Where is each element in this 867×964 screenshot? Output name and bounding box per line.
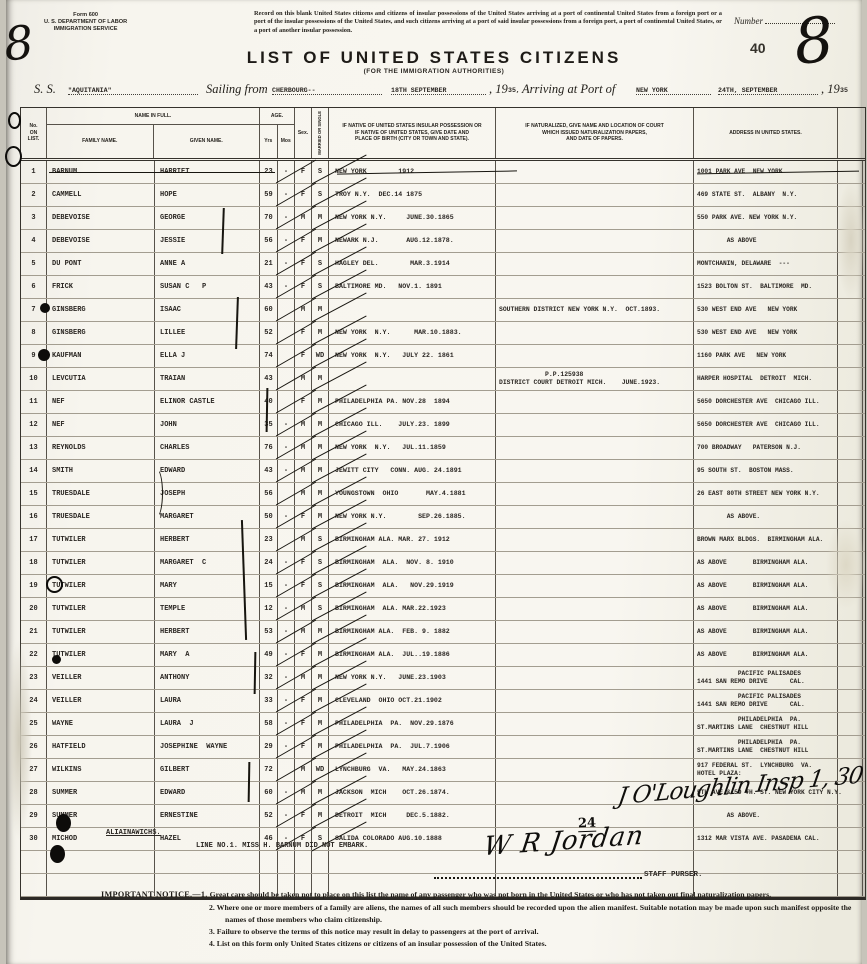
- age-years-cell: 52: [260, 322, 278, 344]
- marital-cell: WD: [312, 759, 329, 781]
- marital-cell: M: [312, 230, 329, 252]
- end-cell: [838, 598, 863, 620]
- sex-cell: M: [295, 529, 312, 551]
- address-cell: AS ABOVE: [694, 230, 838, 252]
- age-months-cell: -: [278, 414, 295, 436]
- row-number: 7: [21, 299, 47, 321]
- given-name-cell: SUSAN C P: [155, 276, 260, 298]
- given-name-cell: TEMPLE: [155, 598, 260, 620]
- age-months-cell: [278, 368, 295, 390]
- marital-cell: M: [312, 782, 329, 804]
- address-cell: PACIFIC PALISADES 1441 SAN REMO DRIVE CA…: [694, 690, 838, 712]
- marital-cell: S: [312, 253, 329, 275]
- family-name-cell: NEF: [47, 414, 155, 436]
- family-name-cell: NEF: [47, 391, 155, 413]
- address-cell: PHILADELPHIA PA. ST.MARTINS LANE CHESTNU…: [694, 736, 838, 758]
- address-cell: AS ABOVE BIRMINGHAM ALA.: [694, 552, 838, 574]
- age-years-cell: 43: [260, 276, 278, 298]
- table-row: 13 REYNOLDS CHARLES 76 - M M NEW YORK N.…: [21, 437, 865, 460]
- age-years-cell: 15: [260, 575, 278, 597]
- sex-cell: M: [295, 207, 312, 229]
- address-cell: 95 SOUTH ST. BOSTON MASS.: [694, 460, 838, 482]
- sex-cell: F: [295, 345, 312, 367]
- table-row: 8 GINSBERG LILLEE 52 F M NEW YORK N.Y. M…: [21, 322, 865, 345]
- arrival-year: 35: [840, 87, 848, 94]
- birth-cell: [329, 299, 496, 321]
- table-row: 19 TUTWILER MARY 15 - F S BIRMINGHAM ALA…: [21, 575, 865, 598]
- naturalization-cell: [496, 506, 694, 528]
- age-months-cell: [278, 345, 295, 367]
- address-cell: 26 EAST 80TH STREET NEW YORK N.Y.: [694, 483, 838, 505]
- family-name-cell: WILKINS: [47, 759, 155, 781]
- address-cell: 550 PARK AVE. NEW YORK N.Y.: [694, 207, 838, 229]
- row-number: 21: [21, 621, 47, 643]
- table-row: 5 DU PONT ANNE A 21 - F S HAGLEY DEL. MA…: [21, 253, 865, 276]
- sex-cell: M: [295, 483, 312, 505]
- naturalization-cell: [496, 161, 694, 183]
- marital-cell: M: [312, 437, 329, 459]
- age-months-cell: -: [278, 230, 295, 252]
- marital-cell: M: [312, 207, 329, 229]
- family-name-cell: GINSBERG: [47, 322, 155, 344]
- sex-cell: M: [295, 598, 312, 620]
- birth-cell: BALTIMORE MD. NOV.1. 1891: [329, 276, 496, 298]
- end-cell: [838, 437, 863, 459]
- row-number: 6: [21, 276, 47, 298]
- naturalization-cell: [496, 207, 694, 229]
- address-cell: 5650 DORCHESTER AVE CHICAGO ILL.: [694, 391, 838, 413]
- marital-cell: M: [312, 621, 329, 643]
- naturalization-cell: [496, 322, 694, 344]
- family-name-cell: DU PONT: [47, 253, 155, 275]
- voyage-line: S. S. "AQUITANIA" Sailing from CHERBOURG…: [6, 80, 862, 102]
- header-end-column: [838, 108, 863, 158]
- age-months-cell: -: [278, 805, 295, 827]
- row-number: 8: [21, 322, 47, 344]
- address-cell: HARPER HOSPITAL DETROIT MICH.: [694, 368, 838, 390]
- age-months-cell: -: [278, 713, 295, 735]
- age-years-cell: 49: [260, 644, 278, 666]
- end-cell: [838, 483, 863, 505]
- sex-cell: [295, 851, 312, 873]
- family-name-cell: TUTWILER: [47, 575, 155, 597]
- age-years-cell: 58: [260, 713, 278, 735]
- age-years-cell: 43: [260, 460, 278, 482]
- header-married-or-single-label: MARRIED OR SINGLE: [318, 111, 323, 155]
- row-number: 9: [21, 345, 47, 367]
- marital-cell: M: [312, 391, 329, 413]
- family-name-cell: TUTWILER: [47, 552, 155, 574]
- row-number: 11: [21, 391, 47, 413]
- birth-cell: CHICAGO ILL. JULY.23. 1899: [329, 414, 496, 436]
- age-years-cell: 59: [260, 184, 278, 206]
- arriving-label: Arriving at Port of: [522, 82, 615, 97]
- table-row: 6 FRICK SUSAN C P 43 - F S BALTIMORE MD.…: [21, 276, 865, 299]
- ss-label: S. S.: [34, 82, 56, 97]
- birth-cell: HAGLEY DEL. MAR.3.1914: [329, 253, 496, 275]
- end-cell: [838, 851, 863, 873]
- row-number: 28: [21, 782, 47, 804]
- address-cell: AS ABOVE.: [694, 805, 838, 827]
- birth-cell: NEW YORK N.Y. SEP.26.1885.: [329, 506, 496, 528]
- age-months-cell: -: [278, 598, 295, 620]
- marital-cell: S: [312, 184, 329, 206]
- birth-cell: NEW YORK N.Y. JULY 22. 1861: [329, 345, 496, 367]
- end-cell: [838, 529, 863, 551]
- age-months-cell: [278, 299, 295, 321]
- row-number: 22: [21, 644, 47, 666]
- address-cell: BROWN MARX BLDGS. BIRMINGHAM ALA.: [694, 529, 838, 551]
- naturalization-cell: [496, 437, 694, 459]
- sex-cell: F: [295, 253, 312, 275]
- end-cell: [838, 575, 863, 597]
- birth-cell: PHILADELPHIA PA. NOV.29.1876: [329, 713, 496, 735]
- row-number: 13: [21, 437, 47, 459]
- family-name-cell: [47, 851, 155, 873]
- end-cell: [838, 828, 863, 850]
- form-identifier: Form 600 U. S. DEPARTMENT OF LABOR IMMIG…: [44, 12, 127, 33]
- address-cell: 1160 PARK AVE NEW YORK: [694, 345, 838, 367]
- age-years-cell: 21: [260, 253, 278, 275]
- signature-dotted-line: [434, 869, 642, 879]
- age-years-cell: [260, 851, 278, 873]
- age-years-cell: 60: [260, 782, 278, 804]
- marital-cell: M: [312, 805, 329, 827]
- header-no-on-list: No. ON LIST.: [21, 108, 47, 158]
- table-row: 26 HATFIELD JOSEPHINE WAYNE 29 - F M PHI…: [21, 736, 865, 759]
- row-number: 17: [21, 529, 47, 551]
- table-row: 2 CAMMELL HOPE 59 - F S TROY N.Y. DEC.14…: [21, 184, 865, 207]
- age-months-cell: -: [278, 437, 295, 459]
- given-name-cell: GEORGE: [155, 207, 260, 229]
- marital-cell: S: [312, 575, 329, 597]
- family-name-cell: FRICK: [47, 276, 155, 298]
- sex-cell: F: [295, 230, 312, 252]
- sex-cell: F: [295, 575, 312, 597]
- notice-line-1: IMPORTANT NOTICE.—1. Great care should b…: [101, 889, 863, 902]
- header-given-name: GIVEN NAME.: [154, 125, 260, 158]
- family-name-cell: TUTWILER: [47, 621, 155, 643]
- family-name-cell: TRUESDALE: [47, 506, 155, 528]
- end-cell: [838, 713, 863, 735]
- sex-cell: F: [295, 713, 312, 735]
- marital-cell: M: [312, 368, 329, 390]
- given-name-cell: CHARLES: [155, 437, 260, 459]
- table-row: 15 TRUESDALE JOSEPH 56 M M YOUNGSTOWN OH…: [21, 483, 865, 506]
- table-row: 3 DEBEVOISE GEORGE 70 - M M NEW YORK N.Y…: [21, 207, 865, 230]
- age-months-cell: [278, 483, 295, 505]
- given-name-cell: LILLEE: [155, 322, 260, 344]
- naturalization-cell: [496, 460, 694, 482]
- age-months-cell: -: [278, 184, 295, 206]
- naturalization-cell: [496, 713, 694, 735]
- naturalization-cell: [496, 276, 694, 298]
- age-years-cell: 43: [260, 368, 278, 390]
- given-name-cell: JOSEPH: [155, 483, 260, 505]
- marital-cell: S: [312, 529, 329, 551]
- end-cell: [838, 207, 863, 229]
- age-months-cell: [278, 759, 295, 781]
- marital-cell: M: [312, 483, 329, 505]
- address-cell: 5650 DORCHESTER AVE CHICAGO ILL.: [694, 414, 838, 436]
- end-cell: [838, 299, 863, 321]
- row-number: 14: [21, 460, 47, 482]
- marital-cell: S: [312, 161, 329, 183]
- table-row: 24 VEILLER LAURA 33 - F M CLEVELAND OHIO…: [21, 690, 865, 713]
- naturalization-cell: [496, 391, 694, 413]
- age-years-cell: 12: [260, 598, 278, 620]
- notice-label: IMPORTANT NOTICE.—1.: [101, 890, 208, 899]
- given-name-cell: EDWARD: [155, 782, 260, 804]
- age-years-cell: 56: [260, 230, 278, 252]
- row-number: 10: [21, 368, 47, 390]
- age-years-cell: 29: [260, 736, 278, 758]
- marital-cell: M: [312, 644, 329, 666]
- naturalization-cell: [496, 598, 694, 620]
- number-label: Number: [734, 16, 763, 26]
- row-number: 25: [21, 713, 47, 735]
- age-months-cell: -: [278, 506, 295, 528]
- given-name-cell: TRAIAN: [155, 368, 260, 390]
- naturalization-cell: [496, 759, 694, 781]
- given-name-cell: ANTHONY: [155, 667, 260, 689]
- birth-cell: NEWARK N.J. AUG.12.1878.: [329, 230, 496, 252]
- birth-cell: JACKSON MICH OCT.26.1874.: [329, 782, 496, 804]
- row-number: 19: [21, 575, 47, 597]
- naturalization-cell: [496, 575, 694, 597]
- given-name-cell: ELINOR CASTLE: [155, 391, 260, 413]
- header-sex: Sex.: [295, 108, 312, 158]
- given-name-cell: ERNESTINE: [155, 805, 260, 827]
- notice-item-1: Great care should be taken not to place …: [210, 890, 772, 899]
- naturalization-cell: [496, 345, 694, 367]
- row-number: [21, 874, 47, 896]
- family-name-cell: VEILLER: [47, 690, 155, 712]
- end-cell: [838, 644, 863, 666]
- age-years-cell: 24: [260, 552, 278, 574]
- marital-cell: M: [312, 460, 329, 482]
- arrival-year-printed: , 19: [821, 82, 840, 97]
- age-years-cell: 74: [260, 345, 278, 367]
- row-number: 27: [21, 759, 47, 781]
- end-cell: [838, 736, 863, 758]
- family-name-cell: SUMMER: [47, 782, 155, 804]
- notice-item-4: 4. List on this form only United States …: [209, 938, 863, 950]
- age-months-cell: [278, 391, 295, 413]
- sex-cell: M: [295, 667, 312, 689]
- header-yrs: Yrs: [260, 125, 278, 158]
- marital-cell: M: [312, 713, 329, 735]
- age-years-cell: 40: [260, 391, 278, 413]
- address-cell: [694, 851, 838, 873]
- sex-cell: M: [295, 782, 312, 804]
- naturalization-cell: [496, 690, 694, 712]
- marital-cell: M: [312, 299, 329, 321]
- address-cell: 530 WEST END AVE NEW YORK: [694, 299, 838, 321]
- age-months-cell: -: [278, 253, 295, 275]
- sex-cell: M: [295, 299, 312, 321]
- table-row: 20 TUTWILER TEMPLE 12 - M S BIRMINGHAM A…: [21, 598, 865, 621]
- marital-cell: M: [312, 414, 329, 436]
- sailing-port: CHERBOURG--: [272, 87, 382, 95]
- birth-cell: BIRMINGHAM ALA. NOV. 8. 1910: [329, 552, 496, 574]
- family-name-cell: DEBEVOISE: [47, 207, 155, 229]
- staff-purser-label: STAFF PURSER.: [644, 871, 703, 879]
- marital-cell: [312, 851, 329, 873]
- row-number: 26: [21, 736, 47, 758]
- given-name-cell: HOPE: [155, 184, 260, 206]
- age-months-cell: [278, 322, 295, 344]
- birth-cell: PHILADELPHIA PA. NOV.28 1894: [329, 391, 496, 413]
- sex-cell: F: [295, 736, 312, 758]
- page-title: LIST OF UNITED STATES CITIZENS: [6, 48, 862, 68]
- age-years-cell: 23: [260, 529, 278, 551]
- given-name-cell: ELLA J: [155, 345, 260, 367]
- end-cell: [838, 391, 863, 413]
- notice-item-3: 3. Failure to observe the terms of this …: [209, 926, 863, 938]
- marital-cell: WD: [312, 345, 329, 367]
- form-instructions: Record on this blank United States citiz…: [254, 10, 722, 35]
- given-name-cell: JESSIE: [155, 230, 260, 252]
- birth-cell: TROY N.Y. DEC.14 1875: [329, 184, 496, 206]
- table-row: 14 SMITH EDWARD 43 - M M JEWITT CITY CON…: [21, 460, 865, 483]
- naturalization-cell: [496, 184, 694, 206]
- family-name-cell: DEBEVOISE: [47, 230, 155, 252]
- end-cell: [838, 276, 863, 298]
- table-row: 21 TUTWILER HERBERT 53 - M M BIRMINGHAM …: [21, 621, 865, 644]
- end-cell: [838, 414, 863, 436]
- age-months-cell: -: [278, 782, 295, 804]
- sex-cell: F: [295, 276, 312, 298]
- address-cell: AS ABOVE BIRMINGHAM ALA.: [694, 644, 838, 666]
- header-name-in-full: NAME IN FULL. FAMILY NAME. GIVEN NAME.: [47, 108, 260, 158]
- sex-cell: F: [295, 161, 312, 183]
- age-months-cell: -: [278, 736, 295, 758]
- family-name-cell: TRUESDALE: [47, 483, 155, 505]
- family-name-cell: VEILLER: [47, 667, 155, 689]
- sex-cell: M: [295, 437, 312, 459]
- row-number: 29: [21, 805, 47, 827]
- address-cell: 1523 BOLTON ST. BALTIMORE MD.: [694, 276, 838, 298]
- arrival-date: 24TH, SEPTEMBER: [718, 87, 818, 95]
- address-cell: PACIFIC PALISADES 1441 SAN REMO DRIVE CA…: [694, 667, 838, 689]
- birth-cell: BIRMINGHAM ALA. MAR.22.1923: [329, 598, 496, 620]
- age-months-cell: -: [278, 575, 295, 597]
- naturalization-cell: [496, 667, 694, 689]
- age-months-cell: -: [278, 644, 295, 666]
- manifest-page: Form 600 U. S. DEPARTMENT OF LABOR IMMIG…: [6, 0, 862, 964]
- address-cell: AS ABOVE BIRMINGHAM ALA.: [694, 575, 838, 597]
- age-months-cell: -: [278, 621, 295, 643]
- age-years-cell: 32: [260, 667, 278, 689]
- alias-annotation: ALIAINAWICHS.: [106, 829, 161, 837]
- row-number: 18: [21, 552, 47, 574]
- given-name-cell: MARGARET C: [155, 552, 260, 574]
- address-cell: 700 BROADWAY PATERSON N.J.: [694, 437, 838, 459]
- naturalization-cell: [496, 414, 694, 436]
- birth-cell: NEW YORK N.Y. JUNE.23.1903: [329, 667, 496, 689]
- row-number: 12: [21, 414, 47, 436]
- birth-cell: [329, 368, 496, 390]
- table-row: 4 DEBEVOISE JESSIE 56 - F M NEWARK N.J. …: [21, 230, 865, 253]
- age-years-cell: 52: [260, 805, 278, 827]
- given-name-cell: [155, 851, 260, 873]
- marital-cell: S: [312, 552, 329, 574]
- did-not-embark-note: LINE NO.1. MISS H. BARNUM DID NOT EMBARK…: [196, 842, 368, 850]
- age-years-cell: 35: [260, 414, 278, 436]
- birth-cell: NEW YORK N.Y. JUNE.30.1865: [329, 207, 496, 229]
- given-name-cell: JOHN: [155, 414, 260, 436]
- marital-cell: M: [312, 322, 329, 344]
- header-married-or-single: MARRIED OR SINGLE: [312, 108, 329, 158]
- age-months-cell: [278, 529, 295, 551]
- header-naturalization: IF NATURALIZED, GIVE NAME AND LOCATION O…: [496, 108, 694, 158]
- strikeout-line: [49, 172, 275, 173]
- row-number: 16: [21, 506, 47, 528]
- table-row: 23 VEILLER ANTHONY 32 - M M NEW YORK N.Y…: [21, 667, 865, 690]
- page-subtitle: (FOR THE IMMIGRATION AUTHORITIES): [6, 68, 862, 75]
- age-months-cell: -: [278, 552, 295, 574]
- naturalization-cell: [496, 483, 694, 505]
- address-cell: 530 WEST END AVE NEW YORK: [694, 322, 838, 344]
- given-name-cell: MARGARET: [155, 506, 260, 528]
- given-name-cell: LAURA J: [155, 713, 260, 735]
- table-row: 18 TUTWILER MARGARET C 24 - F S BIRMINGH…: [21, 552, 865, 575]
- sex-cell: M: [295, 621, 312, 643]
- naturalization-cell: [496, 529, 694, 551]
- header-address: ADDRESS IN UNITED STATES.: [694, 108, 838, 158]
- address-cell: AS ABOVE BIRMINGHAM ALA.: [694, 621, 838, 643]
- age-months-cell: -: [278, 460, 295, 482]
- birth-cell: CLEVELAND OHIO OCT.21.1902: [329, 690, 496, 712]
- given-name-cell: GILBERT: [155, 759, 260, 781]
- table-row: 11 NEF ELINOR CASTLE 40 F M PHILADELPHIA…: [21, 391, 865, 414]
- row-number: [21, 851, 47, 873]
- sex-cell: F: [295, 690, 312, 712]
- sex-cell: F: [295, 644, 312, 666]
- age-months-cell: -: [278, 207, 295, 229]
- given-name-cell: ANNE A: [155, 253, 260, 275]
- header-age: AGE. Yrs Mos: [260, 108, 295, 158]
- sex-cell: F: [295, 391, 312, 413]
- marital-cell: S: [312, 276, 329, 298]
- birth-cell: PHILADELPHIA PA. JUL.7.1906: [329, 736, 496, 758]
- family-name-cell: KAUFMAN: [47, 345, 155, 367]
- marital-cell: M: [312, 506, 329, 528]
- row-number: 23: [21, 667, 47, 689]
- table-row: 7 GINSBERG ISAAC 60 M M SOUTHERN DISTRIC…: [21, 299, 865, 322]
- address-cell: AS ABOVE.: [694, 506, 838, 528]
- marital-cell: M: [312, 667, 329, 689]
- age-years-cell: 53: [260, 621, 278, 643]
- family-name-cell: SMITH: [47, 460, 155, 482]
- given-name-cell: LAURA: [155, 690, 260, 712]
- address-cell: MONTCHANIN, DELAWARE ---: [694, 253, 838, 275]
- birth-cell: DETROIT MICH DEC.5.1882.: [329, 805, 496, 827]
- header-mos: Mos: [278, 125, 295, 158]
- naturalization-cell: [496, 621, 694, 643]
- sex-cell: F: [295, 552, 312, 574]
- table-row: 12 NEF JOHN 35 - M M CHICAGO ILL. JULY.2…: [21, 414, 865, 437]
- sailing-year-printed: , 19: [489, 82, 508, 97]
- naturalization-cell: SOUTHERN DISTRICT NEW YORK N.Y. OCT.1893…: [496, 299, 694, 321]
- important-notice: IMPORTANT NOTICE.—1. Great care should b…: [101, 889, 863, 950]
- birth-cell: NEW YORK N.Y. JUL.11.1859: [329, 437, 496, 459]
- family-name-cell: REYNOLDS: [47, 437, 155, 459]
- naturalization-cell: P.P.125938 DISTRICT COURT DETROIT MICH. …: [496, 368, 694, 390]
- end-cell: [838, 552, 863, 574]
- sailing-year: 35,: [508, 87, 520, 94]
